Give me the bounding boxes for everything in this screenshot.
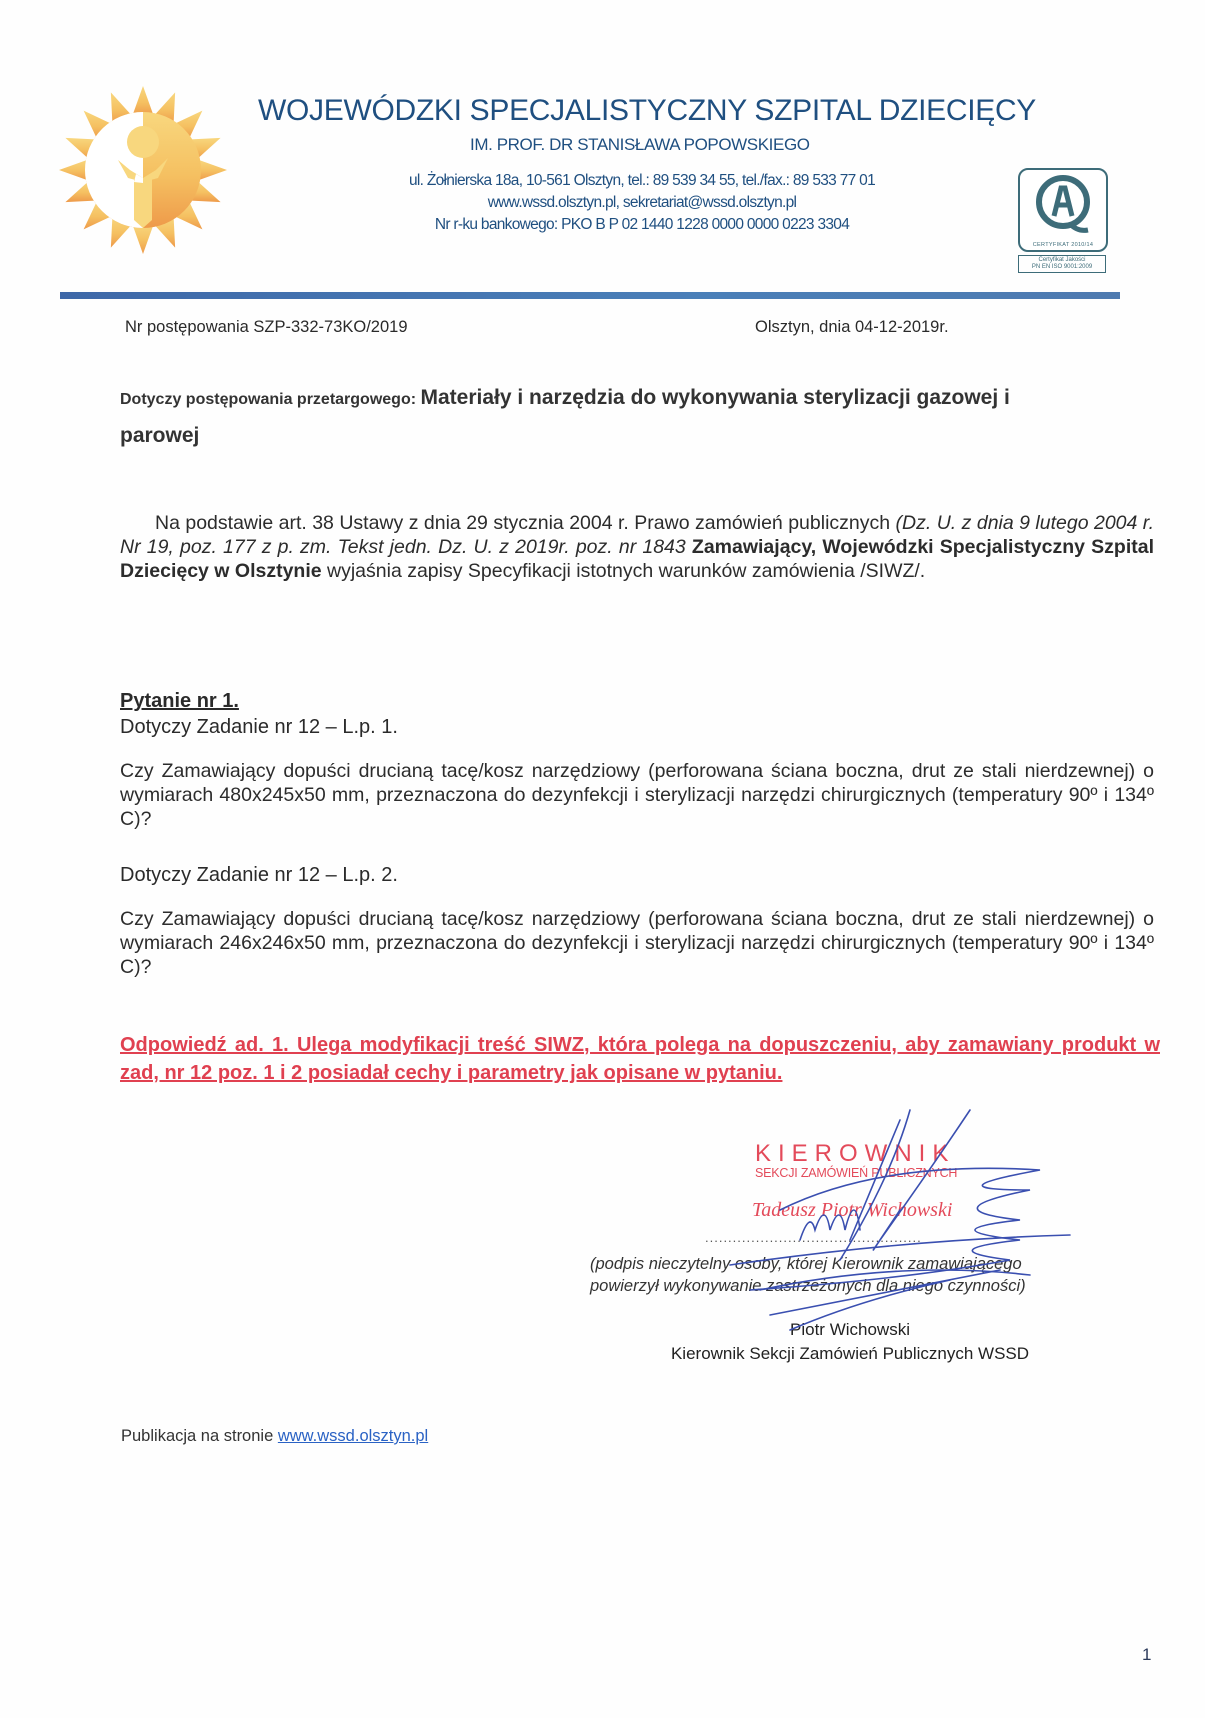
hospital-web-email: www.wssd.olsztyn.pl, sekretariat@wssd.ol…: [342, 194, 942, 212]
question-text-2: Czy Zamawiający dopuści drucianą tacę/ko…: [120, 907, 1154, 979]
sun-child-logo-icon: [58, 70, 228, 255]
page-number: 1: [1142, 1645, 1151, 1665]
official-stamp: KIEROWNIK SEKCJI ZAMÓWIEŃ PUBLICZNYCH: [755, 1140, 957, 1180]
stamp-name: Tadeusz Piotr Wichowski: [752, 1199, 952, 1222]
hospital-patron: IM. PROF. DR STANISŁAWA POPOWSKIEGO: [470, 135, 810, 155]
header-divider: [60, 292, 1120, 299]
intro-paragraph: Na podstawie art. 38 Ustawy z dnia 29 st…: [120, 511, 1154, 583]
answer-text: Odpowiedź ad. 1. Ulega modyfikacji treść…: [120, 1031, 1160, 1087]
publication-link[interactable]: www.wssd.olsztyn.pl: [278, 1427, 428, 1445]
stamp-subtitle: SEKCJI ZAMÓWIEŃ PUBLICZNYCH: [755, 1166, 957, 1180]
hospital-bank-account: Nr r-ku bankowego: PKO B P 02 1440 1228 …: [342, 216, 942, 234]
hospital-address: ul. Żołnierska 18a, 10-561 Olsztyn, tel.…: [342, 172, 942, 190]
quality-certificate: CERTYFIKAT 2010/14 Certyfikat Jakości PN…: [1018, 168, 1108, 273]
question-ref-2: Dotyczy Zadanie nr 12 – L.p. 2.: [120, 864, 398, 887]
question-heading: Pytanie nr 1.: [120, 690, 239, 713]
quality-certificate-icon: [1034, 174, 1092, 238]
certificate-label: Certyfikat Jakości PN EN ISO 9001:2009: [1018, 255, 1106, 273]
subject: Dotyczy postępowania przetargowego: Mate…: [120, 380, 1080, 456]
signer-title: Kierownik Sekcji Zamówień Publicznych WS…: [590, 1342, 1110, 1366]
signature-note: (podpis nieczytelny osoby, której Kierow…: [590, 1253, 1026, 1297]
certificate-caption: CERTYFIKAT 2010/14: [1020, 242, 1106, 248]
case-number: Nr postępowania SZP-332-73KO/2019: [125, 318, 408, 337]
subject-lead: Dotyczy postępowania przetargowego:: [120, 391, 420, 408]
hospital-name: WOJEWÓDZKI SPECJALISTYCZNY SZPITAL DZIEC…: [258, 94, 1036, 128]
publication-note: Publikacja na stronie www.wssd.olsztyn.p…: [121, 1427, 428, 1446]
place-date: Olsztyn, dnia 04-12-2019r.: [755, 318, 949, 337]
signer-name: Piotr Wichowski: [590, 1318, 1110, 1342]
stamp-title: KIEROWNIK: [755, 1140, 957, 1168]
question-text-1: Czy Zamawiający dopuści drucianą tacę/ko…: [120, 759, 1154, 831]
question-ref-1: Dotyczy Zadanie nr 12 – L.p. 1.: [120, 716, 398, 739]
signer: Piotr Wichowski Kierownik Sekcji Zamówie…: [590, 1318, 1110, 1366]
signature-dotted-line: ........................................…: [705, 1230, 922, 1245]
